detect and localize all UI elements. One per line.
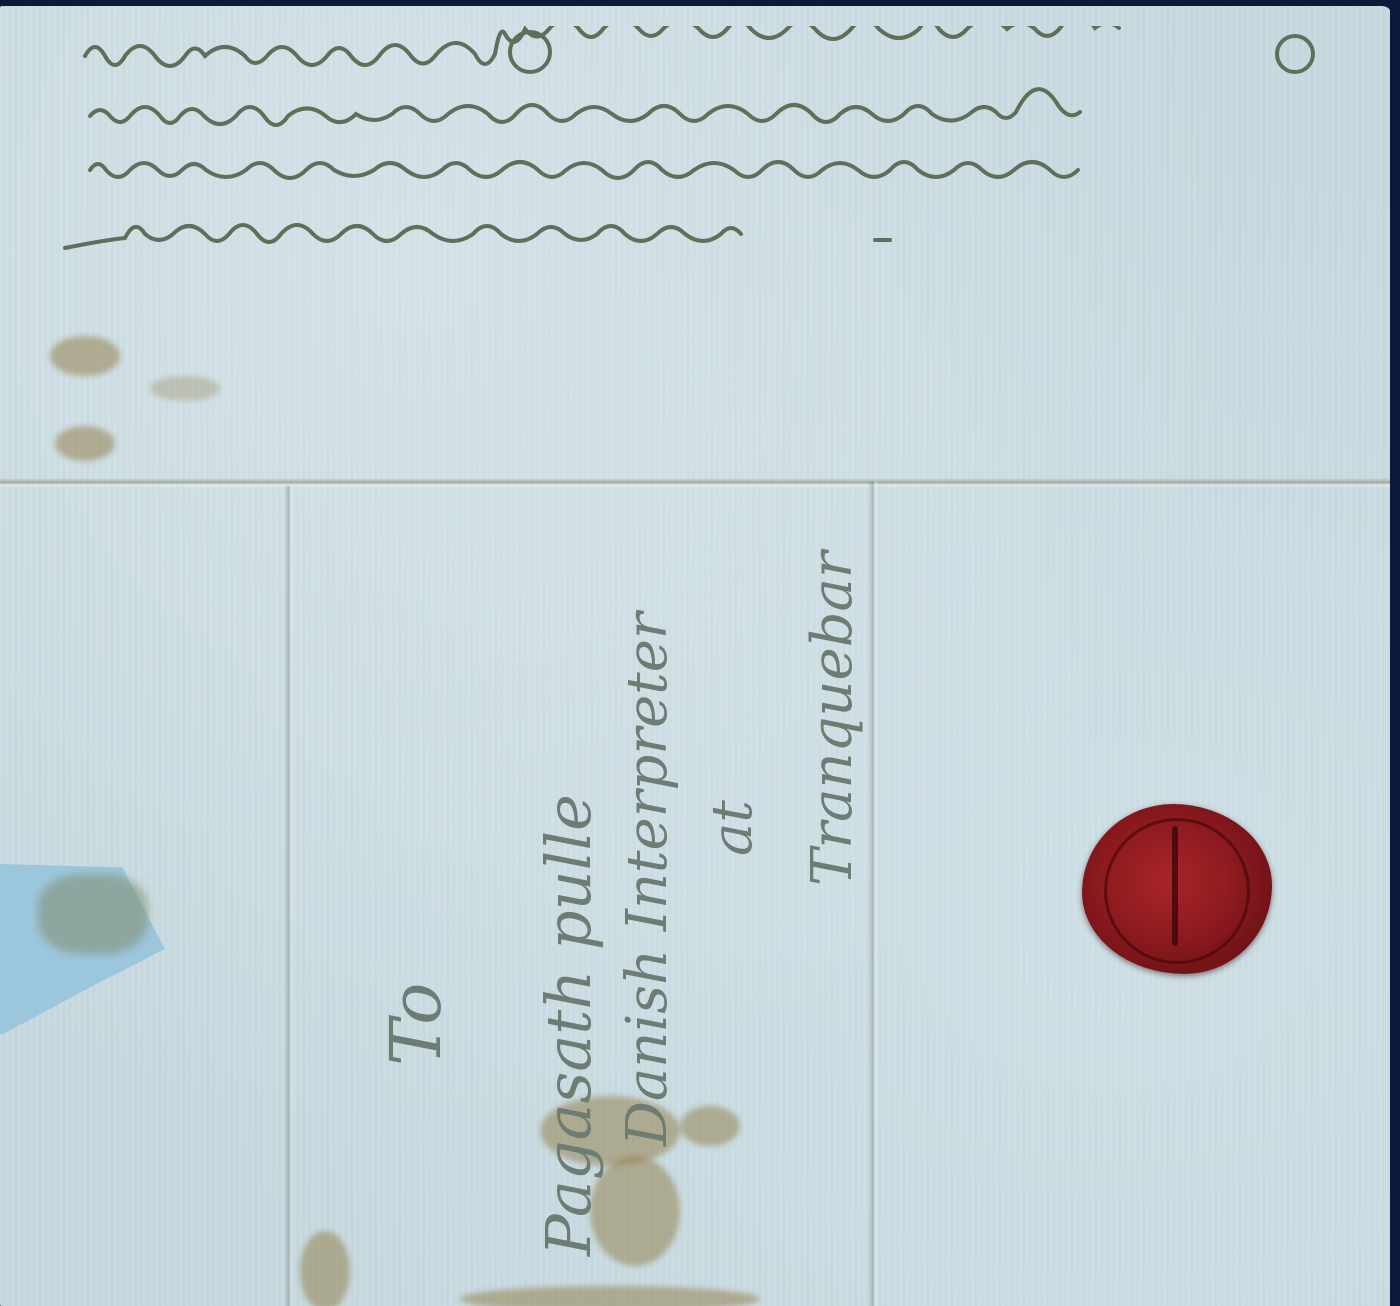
letter-paper: [Tamil handwritten line 1 — illegible tr… <box>0 6 1392 1306</box>
address-recipient-name: Pagasath pulle <box>532 794 605 1256</box>
stain <box>680 1106 740 1146</box>
handwriting-scribble-icon <box>60 84 1350 144</box>
stain <box>300 1231 350 1306</box>
seal-emblem-icon <box>1172 826 1178 946</box>
fold-line-horizontal <box>0 478 1392 488</box>
fold-line-vertical <box>868 481 878 1306</box>
handwriting-scribble-icon <box>60 200 960 260</box>
wax-seal <box>1082 804 1272 974</box>
fold-line-vertical <box>284 486 294 1306</box>
handwriting-scribble-icon <box>60 142 1350 202</box>
tamil-line-4: [Tamil handwritten line 4 — illegible tr… <box>60 200 1360 258</box>
stain <box>460 1286 760 1306</box>
tamil-line-1: [Tamil handwritten line 1 — illegible tr… <box>60 26 1360 84</box>
tamil-line-3: [Tamil handwritten line 3 — illegible tr… <box>60 142 1360 200</box>
stain <box>150 376 220 401</box>
address-recipient-title: Danish Interpreter <box>615 612 680 1146</box>
stain <box>55 426 115 461</box>
address-place: Tranquebar <box>800 551 865 886</box>
address-preposition: at <box>700 800 765 856</box>
stain <box>38 874 148 954</box>
address-salutation: To <box>375 983 457 1066</box>
handwriting-scribble-icon <box>60 26 1350 86</box>
background-edge <box>1390 0 1400 1306</box>
tamil-line-2: [Tamil handwritten line 2 — illegible tr… <box>60 84 1360 142</box>
stain <box>50 336 120 376</box>
tamil-manuscript-text: [Tamil handwritten line 1 — illegible tr… <box>60 26 1360 258</box>
